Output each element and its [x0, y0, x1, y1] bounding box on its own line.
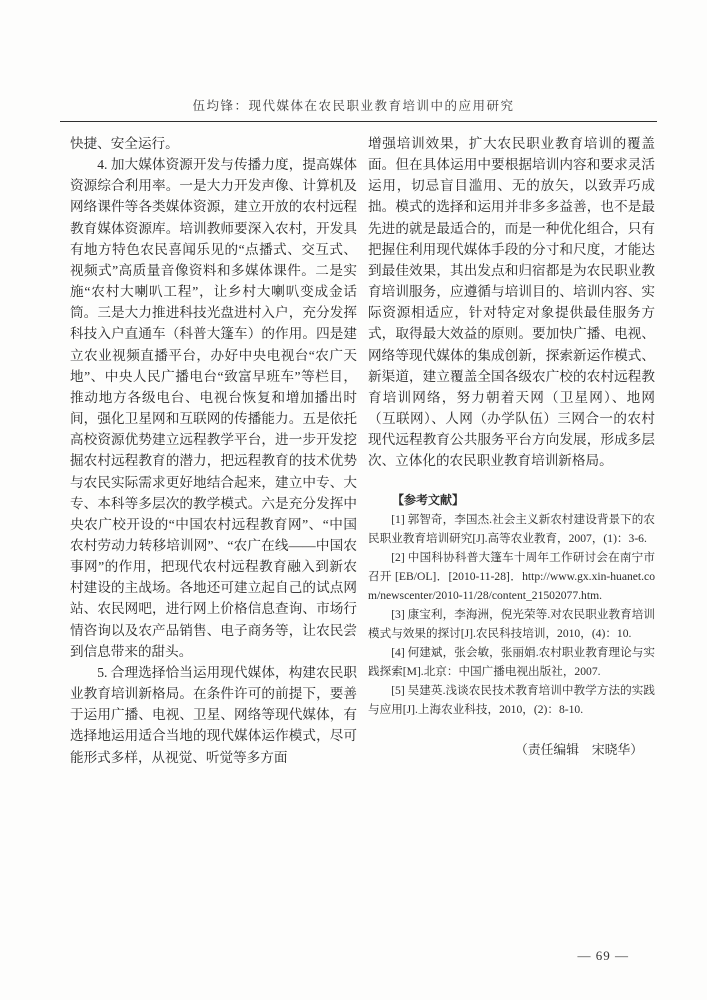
reference-item: [3] 康宝利，李海洲，倪光荣等.对农民职业教育培训模式与效果的探讨[J].农民…	[368, 605, 655, 643]
two-column-body: 快捷、安全运行。 4. 加大媒体资源开发与传播力度，提高媒体资源综合利用率。一是…	[70, 133, 655, 768]
paragraph-continuation: 快捷、安全运行。	[70, 133, 357, 154]
paragraph-point-5: 5. 合理选择恰当运用现代媒体，构建农民职业教育培训新格局。在条件许可的前提下，…	[70, 662, 357, 768]
reference-item: [2] 中国科协科普大篷车十周年工作研讨会在南宁市召开 [EB/OL]．[201…	[368, 548, 655, 605]
left-column: 快捷、安全运行。 4. 加大媒体资源开发与传播力度，提高媒体资源综合利用率。一是…	[70, 133, 357, 768]
header-divider	[60, 121, 657, 122]
paragraph-continuation: 增强培训效果，扩大农民职业教育培训的覆盖面。但在具体运用中要根据培训内容和要求灵…	[368, 133, 655, 472]
scanned-paper-page: 伍均锋：现代媒体在农民职业教育培训中的应用研究 快捷、安全运行。 4. 加大媒体…	[0, 0, 707, 1000]
running-head-title: 伍均锋：现代媒体在农民职业教育培训中的应用研究	[0, 0, 707, 114]
references-heading: 【参考文献】	[368, 491, 655, 510]
reference-item: [5] 吴建英.浅谈农民技术教育培训中教学方法的实践与应用[J].上海农业科技，…	[368, 681, 655, 719]
editor-note: （责任编辑 宋晓华）	[368, 739, 643, 758]
reference-item: [4] 何建斌，张会敏，张丽娟.农村职业教育理论与实践探索[M].北京：中国广播…	[368, 643, 655, 681]
right-column: 增强培训效果，扩大农民职业教育培训的覆盖面。但在具体运用中要根据培训内容和要求灵…	[368, 133, 655, 768]
paragraph-point-4: 4. 加大媒体资源开发与传播力度，提高媒体资源综合利用率。一是大力开发声像、计算…	[70, 154, 357, 662]
reference-item: [1] 郭智奇，李国杰.社会主义新农村建设背景下的农民职业教育培训研究[J].高…	[368, 510, 655, 548]
references-section: 【参考文献】 [1] 郭智奇，李国杰.社会主义新农村建设背景下的农民职业教育培训…	[368, 491, 655, 758]
page-number: — 69 —	[578, 948, 630, 964]
